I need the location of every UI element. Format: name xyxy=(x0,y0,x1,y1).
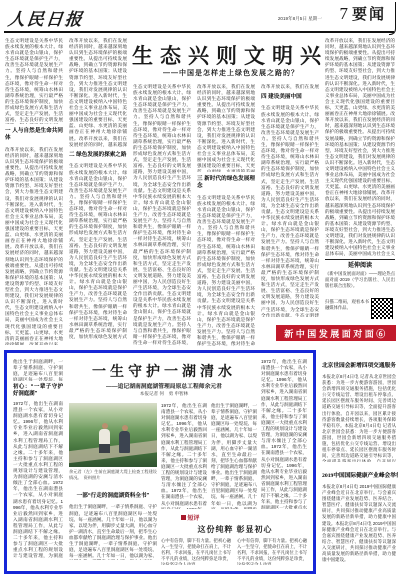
brief-1-headline: 北京世园会新增四项交通服务 xyxy=(322,360,396,369)
feature-column-left: 他出生于洞庭湖畔，一辈子情系洞庭、守护洞庭，足迹遍布八百里洞庭湖区每一处堤垸、每… xyxy=(13,359,63,559)
body-text: 生态文明建设是关系中华民族永续发展的根本大计。绿水青山就是金山银山，保护生态环境… xyxy=(261,105,319,317)
body-text: 改革开放以来，我们在发展经济的同时，越来越深刻地认识到生态环境保护的极端重要性。… xyxy=(5,147,63,345)
commentary-col-2: 心中有信仰，脚下有力量。把初心融入一生坚守，把使命扛在肩上，不计名利、不求回报，… xyxy=(237,538,307,565)
square-bullet-icon xyxy=(181,515,186,520)
corner-bracket-rule xyxy=(389,2,396,35)
lead-column-3: 生态文明建设是关系中华民族永续发展的根本大计。绿水青山就是金山银山，保护生态环境… xyxy=(133,84,191,346)
crosshead-2: 二 绿色发展的探索之路 xyxy=(69,152,127,159)
commentary-col-1: 心中有信仰，脚下有力量。把初心融入一生坚守，把使命扛在肩上，不计名利、不求回报，… xyxy=(161,538,231,565)
body-text: 生态文明建设是关系中华民族永续发展的根本大计。绿水青山就是金山银山，保护生态环境… xyxy=(5,38,63,124)
body-text: 本报北京8月4日电 记者从北京世园会获悉：为进一步方便游客游园，世园会新增四项交… xyxy=(322,374,396,462)
section-label: 要闻 xyxy=(352,3,386,24)
body-text: 改革开放以来，我们在发展经济的同时，越来越深刻地认识到生态环境保护的极端重要性。… xyxy=(69,38,127,148)
qr-row: 扫描二维码，观看本书融媒体作品。 xyxy=(325,299,395,319)
body-text: 1972年，他出生在湖南澧县一个农家，从小对洞庭湖水患有着切身记忆。1996年，… xyxy=(13,401,63,559)
extended-reading-text: 《新中国发展面对面》——理论热点面对面·2019（学习出版社、人民出版社联合出版… xyxy=(325,271,395,297)
brief-2-body: 本报北京8月4日电 2019中国国际健康产业峰会近日在北京举行。与会嘉宾围绕健康… xyxy=(322,484,396,568)
lead-column-1: 生态文明建设是关系中华民族永续发展的根本大计。绿水青山就是金山银山，保护生态环境… xyxy=(5,38,63,345)
crosshead-1: 一 人与自然是生命共同体 xyxy=(5,128,63,143)
feature-crosshead: 一部“行走的洞庭湖资料全书” xyxy=(69,493,157,500)
lead-subheadline: ——中国是怎样走上绿色发展之路的？ xyxy=(128,68,334,78)
brief-2-headline: 2019中国国际健康产业峰会举行 xyxy=(322,470,398,479)
feature-box: 一生守护一湖清水 ——追记湖南洞庭湖管理局原总工程师余元君 本报记者 何 勇 申… xyxy=(4,350,316,574)
body-text: 1972年，他出生在湖南澧县一个农家，从小对洞庭湖水患有着切身记忆。1996年，… xyxy=(161,403,207,509)
body-text: 心中有信仰，脚下有力量。把初心融入一生坚守，把使命扛在肩上，不计名利、不求回报，… xyxy=(161,538,231,565)
qr-code xyxy=(372,299,392,319)
extended-reading-heading: 延伸阅读 xyxy=(325,259,395,269)
body-text: 生态文明建设是关系中华民族永续发展的根本大计。绿水青山就是金山银山，保护生态环境… xyxy=(197,195,255,347)
body-text: 改革开放以来，我们在发展经济的同时，越来越深刻地认识到生态环境保护的极端重要性。… xyxy=(325,38,395,256)
qr-note: 扫描二维码，观看本书融媒体作品。 xyxy=(325,299,369,319)
lead-column-4: 改革开放以来，我们在发展经济的同时，越来越深刻地认识到生态环境保护的极端重要性。… xyxy=(197,84,255,347)
body-text: 生态文明建设是关系中华民族永续发展的根本大计。绿水青山就是金山银山，保护生态环境… xyxy=(69,163,127,339)
feature-column-mid: 一部“行走的洞庭湖资料全书” 他出生于洞庭湖畔，一辈子情系洞庭、守护洞庭，足迹遍… xyxy=(69,489,157,560)
feature-photo xyxy=(69,403,157,467)
crosshead-3: 三 新时代的绿色发展理念 xyxy=(197,176,255,191)
commentary-title: 这份纯粹 彰显初心 xyxy=(161,524,309,535)
dateline: 2019年8月5日 星期一 xyxy=(278,16,322,22)
body-text: 心中有信仰，脚下有力量。把初心融入一生坚守，把使命扛在肩上，不计名利、不求回报，… xyxy=(237,538,307,565)
page-number-box: 7 要闻 xyxy=(339,3,386,24)
feature-headline: 一生守护一湖清水 xyxy=(69,361,259,381)
feature-column-right: 1972年，他出生在湖南澧县一个农家，从小对洞庭湖水患有着切身记忆。1996年，… xyxy=(261,359,307,509)
photo-dike-path xyxy=(69,438,157,465)
newspaper-page: 人民日报 2019年8月5日 星期一 7 要闻 生态兴则文明兴 ——中国是怎样走… xyxy=(0,0,398,580)
body-text: 改革开放以来，我们在发展经济的同时，越来越深刻地认识到生态环境保护的极端重要性。… xyxy=(261,84,319,90)
body-text: 他出生于洞庭湖畔，一辈子情系洞庭、守护洞庭，足迹遍布八百里洞庭湖区每一处堤垸、每… xyxy=(69,504,157,560)
page-number: 7 xyxy=(339,4,348,24)
photo-figure-1 xyxy=(99,429,110,453)
feature-subheadline: ——追记湖南洞庭湖管理局原总工程师余元君 xyxy=(59,381,269,390)
commentary-label: 短评 xyxy=(181,513,309,522)
photo-figure-2 xyxy=(119,431,130,453)
brief-1-body: 本报北京8月4日电 记者从北京世园会获悉：为进一步方便游客游园，世园会新增四项交… xyxy=(322,374,396,462)
body-text: 改革开放以来，我们在发展经济的同时，越来越深刻地认识到生态环境保护的极端重要性。… xyxy=(197,84,255,172)
lead-column-2: 改革开放以来，我们在发展经济的同时，越来越深刻地认识到生态环境保护的极端重要性。… xyxy=(69,38,127,339)
commentary-label-text: 短评 xyxy=(188,513,200,522)
body-text: 本报北京8月4日电 2019中国国际健康产业峰会近日在北京举行。与会嘉宾围绕健康… xyxy=(322,484,396,568)
masthead-logo: 人民日报 xyxy=(7,5,86,30)
feature-column-a: 1972年，他出生在湖南澧县一个农家，从小对洞庭湖水患有着切身记忆。1996年，… xyxy=(161,403,207,509)
photo-figure-head xyxy=(122,425,128,431)
photo-caption: 余元君（左）生前在洞庭湖大堤上检查工程建设情况。 资料照片 xyxy=(69,469,157,480)
body-text: 生态文明建设是关系中华民族永续发展的根本大计。绿水青山就是金山银山，保护生态环境… xyxy=(133,84,191,346)
feature-pull-quote: 初心：“一辈子守护好洞庭湖” xyxy=(13,384,63,398)
lead-column-5: 改革开放以来，我们在发展经济的同时，越来越深刻地认识到生态环境保护的极端重要性。… xyxy=(261,84,319,317)
body-text: 他出生于洞庭湖畔，一辈子情系洞庭、守护洞庭，足迹遍布八百里洞庭湖区每一处堤垸、每… xyxy=(13,359,63,381)
page-header: 人民日报 2019年8月5日 星期一 7 要闻 xyxy=(4,0,394,33)
lead-column-6: 改革开放以来，我们在发展经济的同时，越来越深刻地认识到生态环境保护的极端重要性。… xyxy=(325,38,395,319)
lead-headline: 生态兴则文明兴 xyxy=(120,40,340,70)
body-text: 1972年，他出生在湖南澧县一个农家，从小对洞庭湖水患有着切身记忆。1996年，… xyxy=(261,359,307,509)
series-banner: 新中国发展面对面⑥ xyxy=(276,325,396,341)
crosshead-4: 四 建设美丽中国 xyxy=(261,94,319,101)
photo-figure-head xyxy=(102,423,108,429)
body-text: 他出生于洞庭湖畔，一辈子情系洞庭、守护洞庭，足迹遍布八百里洞庭湖区每一处堤垸、每… xyxy=(211,403,257,509)
feature-byline: 本报记者 何 勇 申智林 xyxy=(99,391,229,397)
commentary-block: 短评 这份纯粹 彰显初心 心中有信仰，脚下有力量。把初心融入一生坚守，把使命扛在… xyxy=(161,513,309,565)
feature-column-b: 他出生于洞庭湖畔，一辈子情系洞庭、守护洞庭，足迹遍布八百里洞庭湖区每一处堤垸、每… xyxy=(211,403,257,509)
